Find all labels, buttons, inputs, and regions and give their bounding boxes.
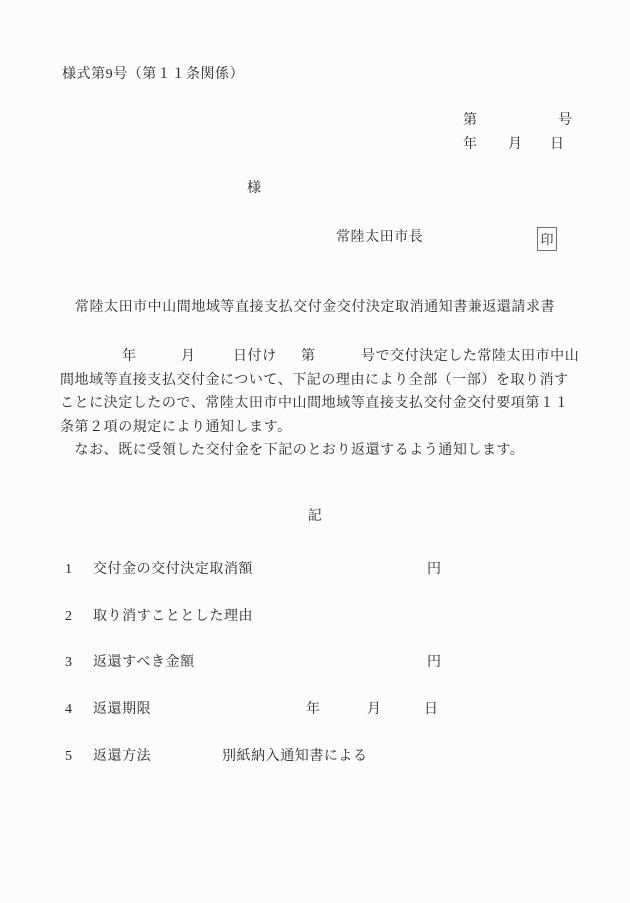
- sender-title: 常陸太田市長: [336, 228, 423, 248]
- item-label: 交付金の交付決定取消額: [93, 560, 253, 580]
- item-label: 返還方法: [93, 747, 151, 767]
- doc-number-suffix: 号: [558, 111, 573, 131]
- date-day-label: 日: [550, 135, 565, 155]
- item-day-label: 日: [424, 700, 439, 720]
- document-title: 常陸太田市中山間地域等直接支払交付金交付決定取消通知書兼返還請求書: [0, 298, 630, 318]
- seal-stamp: 印: [537, 227, 557, 251]
- item-label: 取り消すこととした理由: [93, 607, 253, 627]
- date-month-label: 月: [508, 135, 523, 155]
- item-value: 別紙納入通知書による: [222, 747, 368, 767]
- addressee-honorific: 様: [247, 179, 262, 199]
- item-number: 1: [65, 560, 73, 580]
- date-year-label: 年: [463, 135, 478, 155]
- body-line-4: 条第２項の規定により通知します。: [60, 418, 292, 438]
- item-month-label: 月: [367, 700, 382, 720]
- body-line1-month: 月: [181, 347, 196, 367]
- body-line-5: なお、既に受領した交付金を下記のとおり返還するよう通知します。: [60, 441, 524, 461]
- item-unit-yen: 円: [427, 653, 442, 673]
- record-marker: 記: [0, 507, 630, 527]
- item-number: 4: [65, 700, 73, 720]
- item-year-label: 年: [306, 700, 321, 720]
- document-page: 様式第9号（第１１条関係） 第 号 年 月 日 様 常陸太田市長 印 常陸太田市…: [0, 0, 630, 903]
- body-line1-rest: 号で交付決定した常陸太田市中山: [361, 347, 579, 367]
- body-line-3: ことに決定したので、常陸太田市中山間地域等直接支払交付金交付要項第１１: [60, 394, 569, 414]
- item-number: 5: [65, 747, 73, 767]
- item-label: 返還すべき金額: [93, 653, 195, 673]
- body-line-2: 間地域等直接支払交付金について、下記の理由により全部（一部）を取り消す: [60, 371, 569, 391]
- item-number: 2: [65, 607, 73, 627]
- body-line1-day: 日付け: [233, 347, 277, 367]
- body-line1-no-prefix: 第: [301, 347, 316, 367]
- form-number: 様式第9号（第１１条関係）: [62, 65, 244, 85]
- item-number: 3: [65, 653, 73, 673]
- item-unit-yen: 円: [427, 560, 442, 580]
- body-line1-year: 年: [122, 347, 137, 367]
- doc-number-prefix: 第: [463, 111, 478, 131]
- item-label: 返還期限: [93, 700, 151, 720]
